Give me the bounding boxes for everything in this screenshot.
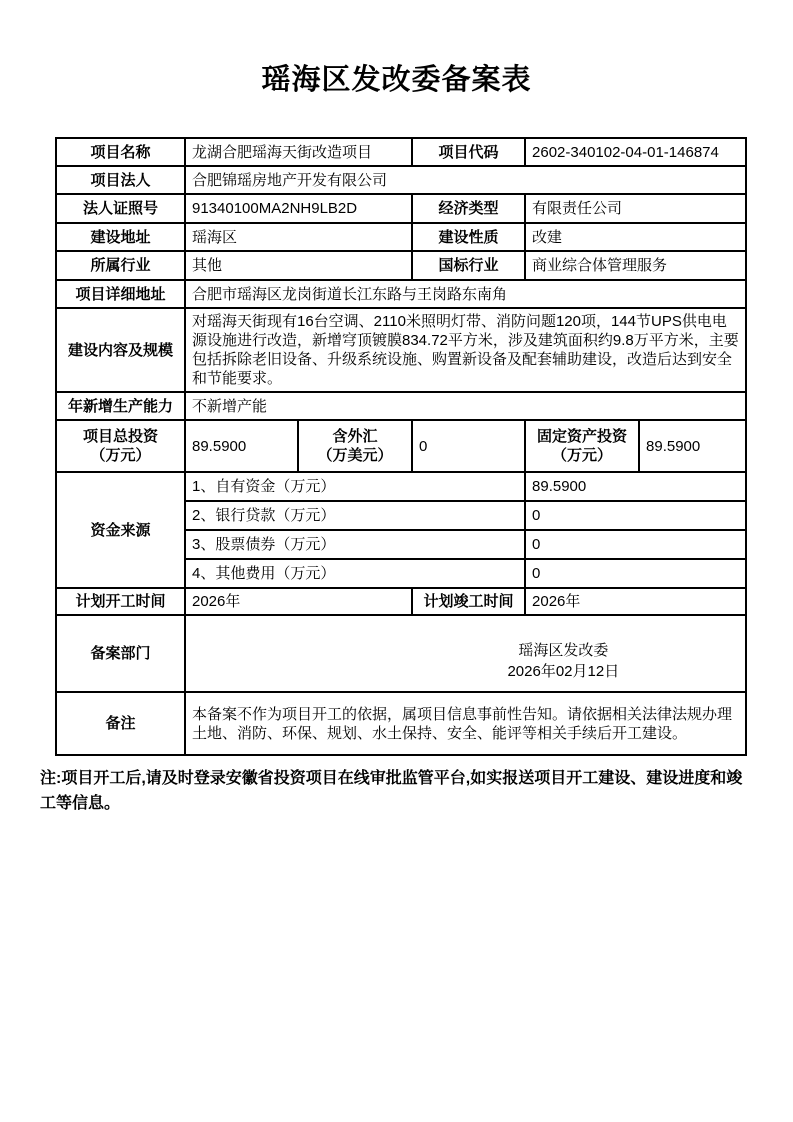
document-page: 瑶海区发改委备案表 项目名称 龙湖合肥瑶海天街改造项目 项目代码 2602-34…: [0, 0, 793, 1122]
funding-item-value: 0: [525, 530, 746, 559]
row-investment: 项目总投资 （万元） 89.5900 含外汇 （万美元） 0 固定资产投资 （万…: [56, 420, 746, 472]
label-license-no: 法人证照号: [56, 194, 185, 223]
row-new-capacity: 年新增生产能力 不新增产能: [56, 392, 746, 420]
value-project-name: 龙湖合肥瑶海天街改造项目: [185, 138, 412, 166]
label-new-capacity: 年新增生产能力: [56, 392, 185, 420]
row-filing-dept: 备案部门 瑶海区发改委 2026年02月12日: [56, 615, 746, 692]
row-funding-1: 资金来源 1、自有资金（万元） 89.5900: [56, 472, 746, 501]
value-license-no: 91340100MA2NH9LB2D: [185, 194, 412, 223]
label-project-name: 项目名称: [56, 138, 185, 166]
value-total-investment: 89.5900: [185, 420, 298, 472]
value-foreign-exchange: 0: [412, 420, 525, 472]
filing-form-table: 项目名称 龙湖合肥瑶海天街改造项目 项目代码 2602-340102-04-01…: [55, 137, 747, 756]
label-industry: 所属行业: [56, 251, 185, 280]
value-plan-start: 2026年: [185, 588, 412, 615]
row-build-address: 建设地址 瑶海区 建设性质 改建: [56, 223, 746, 251]
label-economic-type: 经济类型: [412, 194, 525, 223]
value-industry: 其他: [185, 251, 412, 280]
filing-dept-agency: 瑶海区发改委: [382, 640, 745, 661]
row-project-name: 项目名称 龙湖合肥瑶海天街改造项目 项目代码 2602-340102-04-01…: [56, 138, 746, 166]
label-filing-dept: 备案部门: [56, 615, 185, 692]
label-detail-address: 项目详细地址: [56, 280, 185, 308]
label-remark: 备注: [56, 692, 185, 755]
value-content-scale: 对瑶海天街现有16台空调、2110米照明灯带、消防问题120项，144节UPS供…: [185, 308, 746, 392]
funding-item-value: 89.5900: [525, 472, 746, 501]
value-fixed-asset-investment: 89.5900: [639, 420, 746, 472]
row-industry: 所属行业 其他 国标行业 商业综合体管理服务: [56, 251, 746, 280]
funding-item-name: 3、股票债券（万元）: [185, 530, 525, 559]
value-new-capacity: 不新增产能: [185, 392, 746, 420]
row-license-no: 法人证照号 91340100MA2NH9LB2D 经济类型 有限责任公司: [56, 194, 746, 223]
label-fixed-asset-investment: 固定资产投资 （万元）: [525, 420, 639, 472]
value-project-code: 2602-340102-04-01-146874: [525, 138, 746, 166]
funding-item-name: 2、银行贷款（万元）: [185, 501, 525, 530]
label-build-nature: 建设性质: [412, 223, 525, 251]
value-plan-finish: 2026年: [525, 588, 746, 615]
value-remark: 本备案不作为项目开工的依据，属项目信息事前性告知。请依据相关法律法规办理土地、消…: [185, 692, 746, 755]
label-plan-finish: 计划竣工时间: [412, 588, 525, 615]
value-detail-address: 合肥市瑶海区龙岗街道长江东路与王岗路东南角: [185, 280, 746, 308]
funding-item-value: 0: [525, 501, 746, 530]
label-funding-source: 资金来源: [56, 472, 185, 588]
row-plan-time: 计划开工时间 2026年 计划竣工时间 2026年: [56, 588, 746, 615]
page-title: 瑶海区发改委备案表: [0, 57, 793, 98]
label-legal-person: 项目法人: [56, 166, 185, 194]
label-project-code: 项目代码: [412, 138, 525, 166]
label-gb-industry: 国标行业: [412, 251, 525, 280]
value-build-address: 瑶海区: [185, 223, 412, 251]
row-content-scale: 建设内容及规模 对瑶海天街现有16台空调、2110米照明灯带、消防问题120项，…: [56, 308, 746, 392]
value-gb-industry: 商业综合体管理服务: [525, 251, 746, 280]
label-foreign-exchange: 含外汇 （万美元）: [298, 420, 412, 472]
cell-filing-dept: 瑶海区发改委 2026年02月12日: [185, 615, 746, 692]
label-plan-start: 计划开工时间: [56, 588, 185, 615]
funding-item-name: 4、其他费用（万元）: [185, 559, 525, 588]
filing-dept-stamp: 瑶海区发改委 2026年02月12日: [382, 640, 745, 682]
value-legal-person: 合肥锦瑶房地产开发有限公司: [185, 166, 746, 194]
label-content-scale: 建设内容及规模: [56, 308, 185, 392]
label-build-address: 建设地址: [56, 223, 185, 251]
value-build-nature: 改建: [525, 223, 746, 251]
filing-dept-date: 2026年02月12日: [382, 661, 745, 682]
row-remark: 备注 本备案不作为项目开工的依据，属项目信息事前性告知。请依据相关法律法规办理土…: [56, 692, 746, 755]
row-legal-person: 项目法人 合肥锦瑶房地产开发有限公司: [56, 166, 746, 194]
label-total-investment: 项目总投资 （万元）: [56, 420, 185, 472]
footer-note: 注:项目开工后,请及时登录安徽省投资项目在线审批监管平台,如实报送项目开工建设、…: [40, 766, 757, 816]
funding-item-value: 0: [525, 559, 746, 588]
funding-item-name: 1、自有资金（万元）: [185, 472, 525, 501]
value-economic-type: 有限责任公司: [525, 194, 746, 223]
row-detail-address: 项目详细地址 合肥市瑶海区龙岗街道长江东路与王岗路东南角: [56, 280, 746, 308]
